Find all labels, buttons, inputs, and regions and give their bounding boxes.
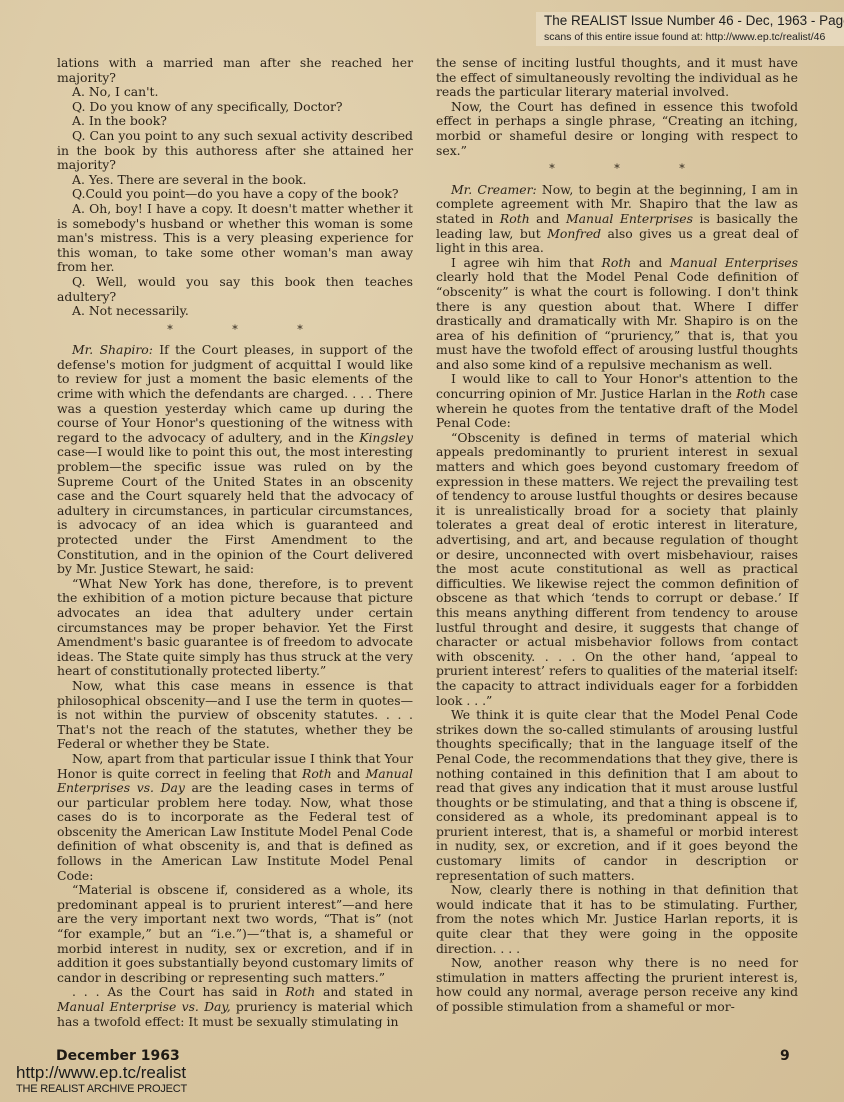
case-name: Kingsley	[359, 430, 413, 445]
case-name: Roth	[302, 766, 332, 781]
right-column: the sense of inciting lustful thoughts, …	[436, 56, 798, 1015]
paragraph: Q.Could you point—do you have a copy of …	[57, 187, 413, 202]
speaker-name: Mr. Creamer:	[451, 182, 537, 197]
paragraph: . . . As the Court has said in Roth and …	[57, 985, 413, 1029]
quote-paragraph: “Obscenity is defined in terms of materi…	[436, 431, 798, 708]
paragraph: A. No, I can't.	[57, 85, 413, 100]
quote-paragraph: “Material is obscene if, considered as a…	[57, 883, 413, 985]
case-name: Manual Enterprises	[566, 211, 693, 226]
case-name: Roth	[285, 984, 315, 999]
issue-source-note: scans of this entire issue found at: htt…	[544, 31, 825, 43]
archive-header-box: The REALIST Issue Number 46 - Dec, 1963 …	[536, 12, 844, 46]
paragraph: lations with a married man after she rea…	[57, 56, 413, 85]
section-separator: * * *	[85, 323, 413, 338]
paragraph: Q. Can you point to any such sexual acti…	[57, 129, 413, 173]
page-number: 9	[780, 1048, 790, 1064]
issue-title: The REALIST Issue Number 46 - Dec, 1963 …	[544, 13, 844, 28]
paragraph: the sense of inciting lustful thoughts, …	[436, 56, 798, 100]
archive-project-label: THE REALIST ARCHIVE PROJECT	[16, 1083, 187, 1095]
paragraph: Mr. Shapiro: If the Court pleases, in su…	[57, 343, 413, 577]
paragraph: A. Not necessarily.	[57, 304, 413, 319]
paragraph: Mr. Creamer: Now, to begin at the beginn…	[436, 183, 798, 256]
paragraph: Now, clearly there is nothing in that de…	[436, 883, 798, 956]
case-name: Manual Enterprise vs. Day,	[57, 999, 231, 1014]
quote-paragraph: “What New York has done, therefore, is t…	[57, 577, 413, 679]
paragraph: Q. Well, would you say this book then te…	[57, 275, 413, 304]
case-name: Roth	[500, 211, 530, 226]
paragraph: A. Oh, boy! I have a copy. It doesn't ma…	[57, 202, 413, 275]
paragraph: Q. Do you know of any specifically, Doct…	[57, 100, 413, 115]
paragraph: I agree wih him that Roth and Manual Ent…	[436, 256, 798, 373]
case-name: Manual Enterprises	[670, 255, 798, 270]
issue-date: December 1963	[56, 1048, 180, 1064]
case-name: Roth	[602, 255, 632, 270]
paragraph: A. In the book?	[57, 114, 413, 129]
paragraph: Now, apart from that particular issue I …	[57, 752, 413, 883]
paragraph: A. Yes. There are several in the book.	[57, 173, 413, 188]
paragraph: We think it is quite clear that the Mode…	[436, 708, 798, 883]
case-name: Monfred	[547, 226, 601, 241]
archive-url: http://www.ep.tc/realist	[16, 1063, 186, 1083]
case-name: Roth	[736, 386, 766, 401]
paragraph: Now, what this case means in essence is …	[57, 679, 413, 752]
paragraph: I would like to call to Your Honor's att…	[436, 372, 798, 430]
left-column: lations with a married man after she rea…	[57, 56, 413, 1029]
paragraph: Now, the Court has defined in essence th…	[436, 100, 798, 158]
speaker-name: Mr. Shapiro:	[72, 342, 153, 357]
paragraph: Now, another reason why there is no need…	[436, 956, 798, 1014]
section-separator: * * *	[464, 162, 798, 177]
